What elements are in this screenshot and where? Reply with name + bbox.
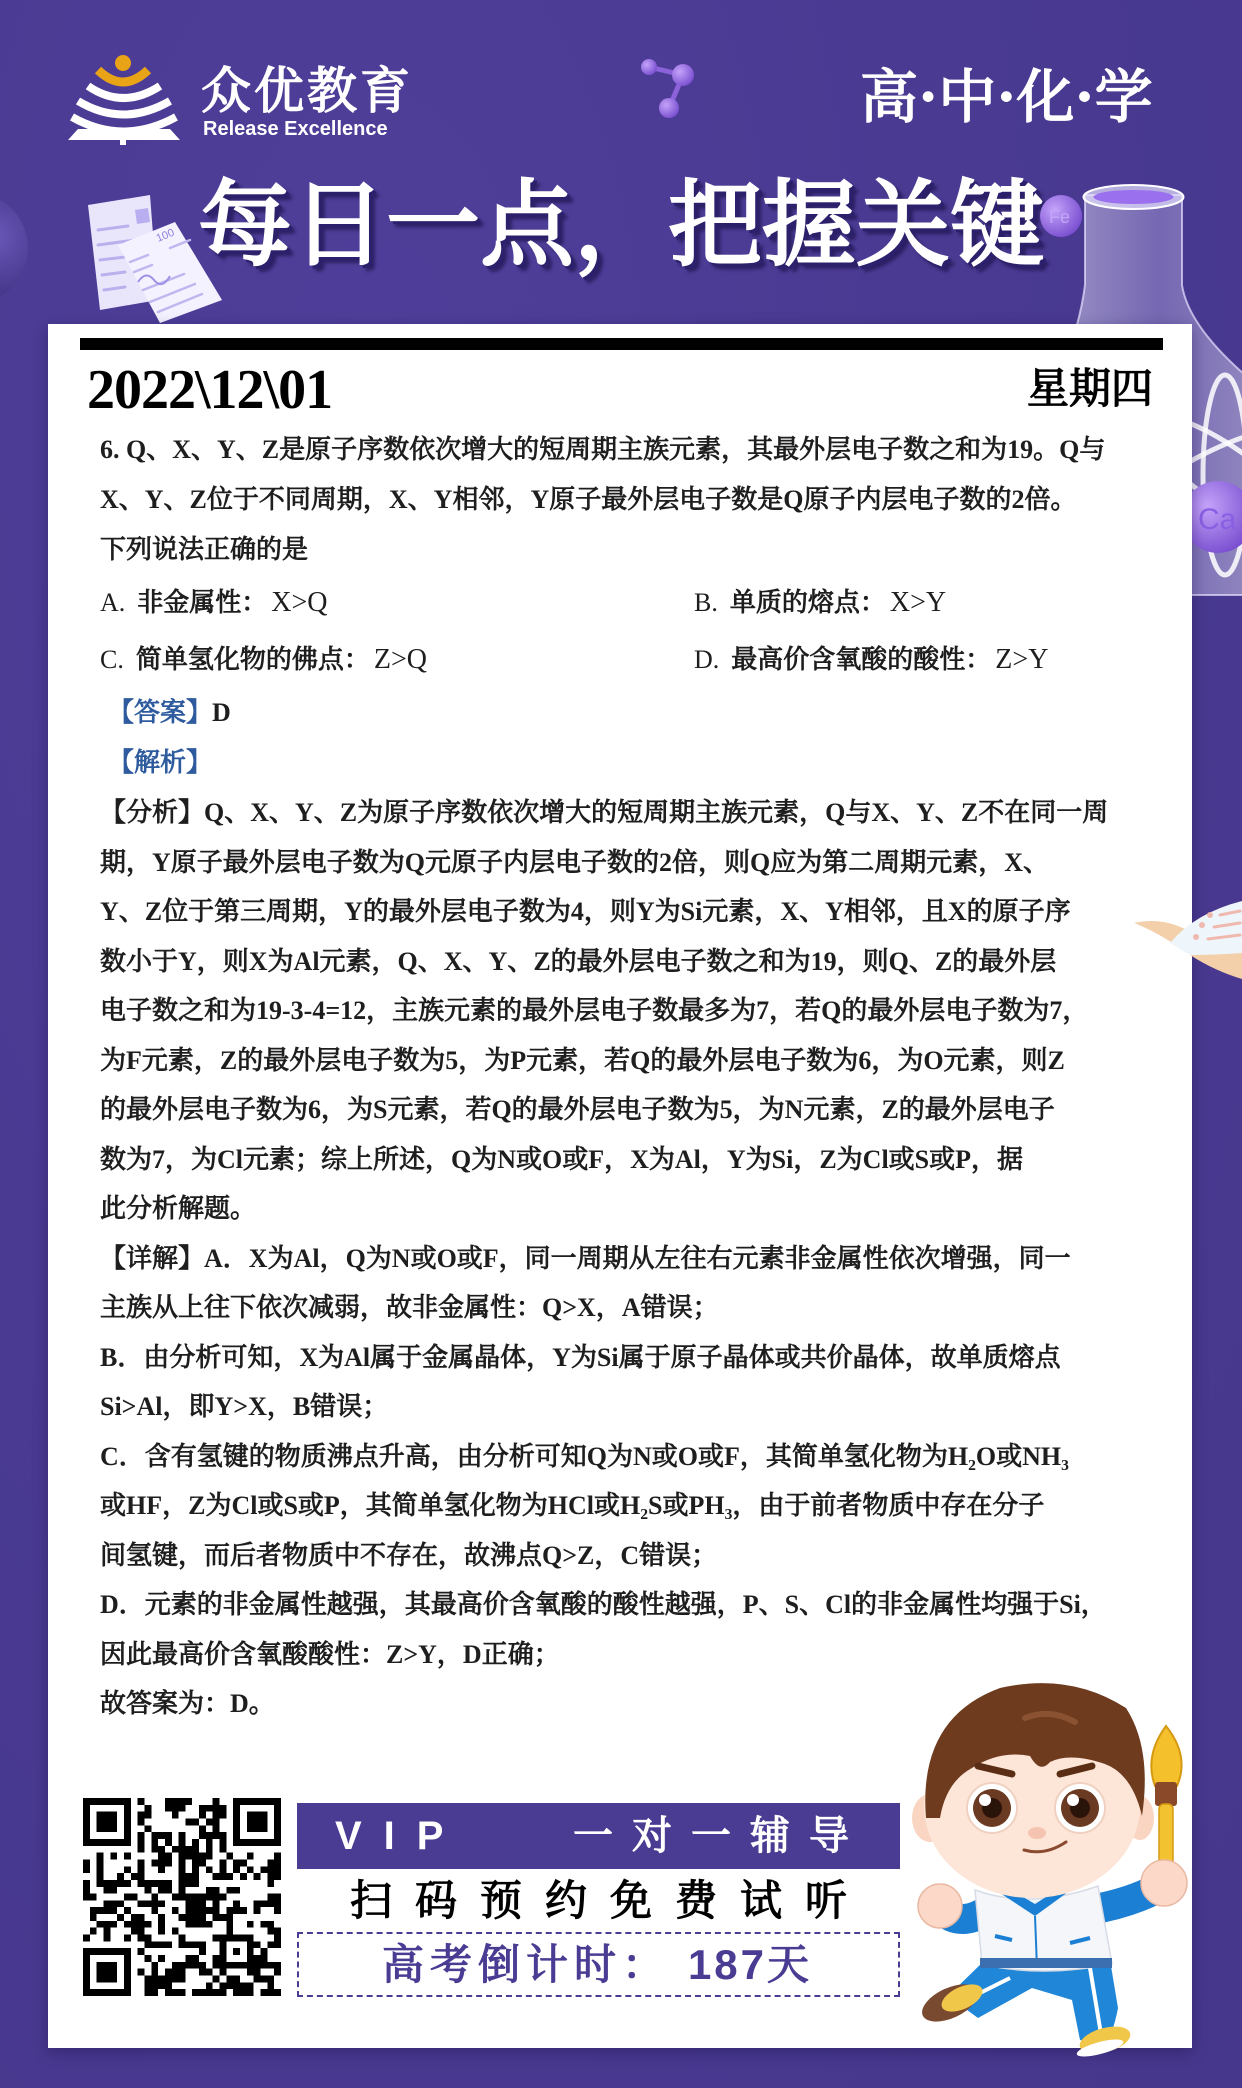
option-c: C.简单氢化物的佛点：Z>Q <box>100 632 427 688</box>
countdown-label: 高考倒计时： <box>382 1941 670 1988</box>
exam-countdown: 高考倒计时：187天 <box>297 1932 900 1997</box>
analysis-line: 电子数之和为19-3-4=12，主族元素的最外层电子数最多为7，若Q的最外层电子… <box>100 986 1180 1036</box>
question-line: X、Y、Z位于不同周期，X、Y相邻，Y原子最外层电子数是Q原子内层电子数的2倍。 <box>100 475 1180 525</box>
sphere-decoration-icon <box>0 190 40 310</box>
option-label: B. <box>694 588 718 617</box>
qr-code <box>83 1798 281 1996</box>
analysis-line: 的最外层电子数为6，为S元素，若Q的最外层电子数为5，为N元素，Z的最外层电子 <box>100 1085 1180 1135</box>
option-value: X>Y <box>890 587 946 618</box>
analysis-line: 【分析】Q、X、Y、Z为原子序数依次增大的短周期主族元素，Q与X、Y、Z不在同一… <box>100 788 1180 838</box>
detail-line: Si>Al，即Y>X，B错误； <box>100 1382 1180 1432</box>
weekday-label: 星期四 <box>1027 369 1153 411</box>
detail-section: 【详解】A．X为Al，Q为N或O或F，同一周期从左往右元素非金属性依次增强，同一… <box>100 1234 1180 1729</box>
option-value: X>Q <box>271 587 327 618</box>
option-b: B.单质的熔点：X>Y <box>694 575 946 630</box>
detail-label: 【详解】 <box>100 1244 204 1273</box>
papers-icon: 100 <box>80 190 230 330</box>
analysis-line: 数小于Y，则X为Al元素，Q、X、Y、Z的最外层电子数之和为19，则Q、Z的最外… <box>100 937 1180 987</box>
brand-tagline: Release Excellence <box>203 119 388 139</box>
detail-line: 【详解】A．X为Al，Q为N或O或F，同一周期从左往右元素非金属性依次增强，同一 <box>100 1234 1180 1284</box>
ca-label: Ca <box>1198 503 1237 536</box>
poster: 众优教育 Release Excellence 高·中·化·学 10 <box>0 0 1242 2088</box>
detail-line: D．元素的非金属性越强，其最高价含氧酸的酸性越强，P、S、Cl的非金属性均强于S… <box>100 1580 1180 1630</box>
explanation-heading: 【解析】 <box>100 738 1180 788</box>
option-label: A. <box>100 588 125 617</box>
date-label: 2022\12\01 <box>87 362 332 418</box>
question-line: 下列说法正确的是 <box>100 525 1180 575</box>
analysis-line: 为F元素，Z的最外层电子数为5，为P元素，若Q的最外层电子数为6，为O元素，则Z <box>100 1036 1180 1086</box>
detail-line: C．含有氢键的物质沸点升高，由分析可知Q为N或O或F，其简单氢化物为H₂O或NH… <box>100 1432 1180 1482</box>
vip-label: VIP <box>335 1803 465 1869</box>
option-label: C. <box>100 645 124 674</box>
answer-row: 【答案】D <box>100 688 1180 738</box>
vip-banner: VIP 一对一辅导 <box>297 1803 900 1869</box>
analysis-section: 【分析】Q、X、Y、Z为原子序数依次增大的短周期主族元素，Q与X、Y、Z不在同一… <box>100 788 1180 1234</box>
option-value: Z>Y <box>995 644 1048 675</box>
cta-text: 扫码预约免费试听 <box>297 1873 900 1929</box>
analysis-text: Q、X、Y、Z为原子序数依次增大的短周期主族元素，Q与X、Y、Z不在同一周 <box>204 798 1108 827</box>
question-line: 6. Q、X、Y、Z是原子序数依次增大的短周期主族元素，其最外层电子数之和为19… <box>100 425 1180 475</box>
curled-paper-icon <box>1130 893 1242 985</box>
brand-name: 众优教育 <box>201 66 413 116</box>
brand-logo-icon <box>60 50 185 150</box>
subject-title: 高·中·化·学 <box>860 68 1153 126</box>
answer-value: D <box>212 698 231 727</box>
service-label: 一对一辅导 <box>573 1803 868 1869</box>
answer-label: 【答案】 <box>108 698 212 727</box>
countdown-days: 187 <box>688 1941 767 1988</box>
detail-line: 因此最高价含氧酸酸性：Z>Y，D正确； <box>100 1630 1180 1680</box>
option-text: 单质的熔点： <box>730 588 886 617</box>
option-value: Z>Q <box>374 644 427 675</box>
molecule-icon <box>634 52 704 127</box>
detail-line: 间氢键，而后者物质中不存在，故沸点Q>Z，C错误； <box>100 1531 1180 1581</box>
option-d: D.最高价含氧酸的酸性：Z>Y <box>694 632 1048 688</box>
option-text: 简单氢化物的佛点： <box>136 645 370 674</box>
detail-line: 主族从上往下依次减弱，故非金属性：Q>X，A错误； <box>100 1283 1180 1333</box>
explanation-label: 【解析】 <box>108 748 212 777</box>
option-text: 最高价含氧酸的酸性： <box>731 645 991 674</box>
headline: 每日一点，把握关键 <box>198 178 1044 272</box>
analysis-line: 此分析解题。 <box>100 1184 1180 1234</box>
analysis-line: 数为7，为Cl元素；综上所述，Q为N或O或F，X为Al，Y为Si，Z为Cl或S或… <box>100 1135 1180 1185</box>
header-rule <box>80 338 1163 350</box>
countdown-unit: 天 <box>767 1941 815 1988</box>
option-text: 非金属性： <box>137 588 267 617</box>
options-row-1: A.非金属性：X>Q B.单质的熔点：X>Y <box>100 575 1180 630</box>
options-row-2: C.简单氢化物的佛点：Z>Q D.最高价含氧酸的酸性：Z>Y <box>100 632 1180 688</box>
analysis-line: Y、Z位于第三周期，Y的最外层电子数为4，则Y为Si元素，X、Y相邻，且X的原子… <box>100 887 1180 937</box>
detail-line: 或HF，Z为Cl或S或P，其简单氢化物为HCl或H₂S或PH₃，由于前者物质中存… <box>100 1481 1180 1531</box>
option-label: D. <box>694 645 719 674</box>
analysis-label: 【分析】 <box>100 798 204 827</box>
question-content: 6. Q、X、Y、Z是原子序数依次增大的短周期主族元素，其最外层电子数之和为19… <box>100 425 1180 1729</box>
option-a: A.非金属性：X>Q <box>100 575 328 630</box>
analysis-line: 期，Y原子最外层电子数为Q元原子内层电子数的2倍，则Q应为第二周期元素，X、 <box>100 838 1180 888</box>
mascot-boy <box>900 1678 1200 2058</box>
detail-text: A．X为Al，Q为N或O或F，同一周期从左往右元素非金属性依次增强，同一 <box>204 1244 1071 1273</box>
detail-line: B．由分析可知，X为Al属于金属晶体，Y为Si属于原子晶体或共价晶体，故单质熔点 <box>100 1333 1180 1383</box>
question-stem: 6. Q、X、Y、Z是原子序数依次增大的短周期主族元素，其最外层电子数之和为19… <box>100 425 1180 575</box>
